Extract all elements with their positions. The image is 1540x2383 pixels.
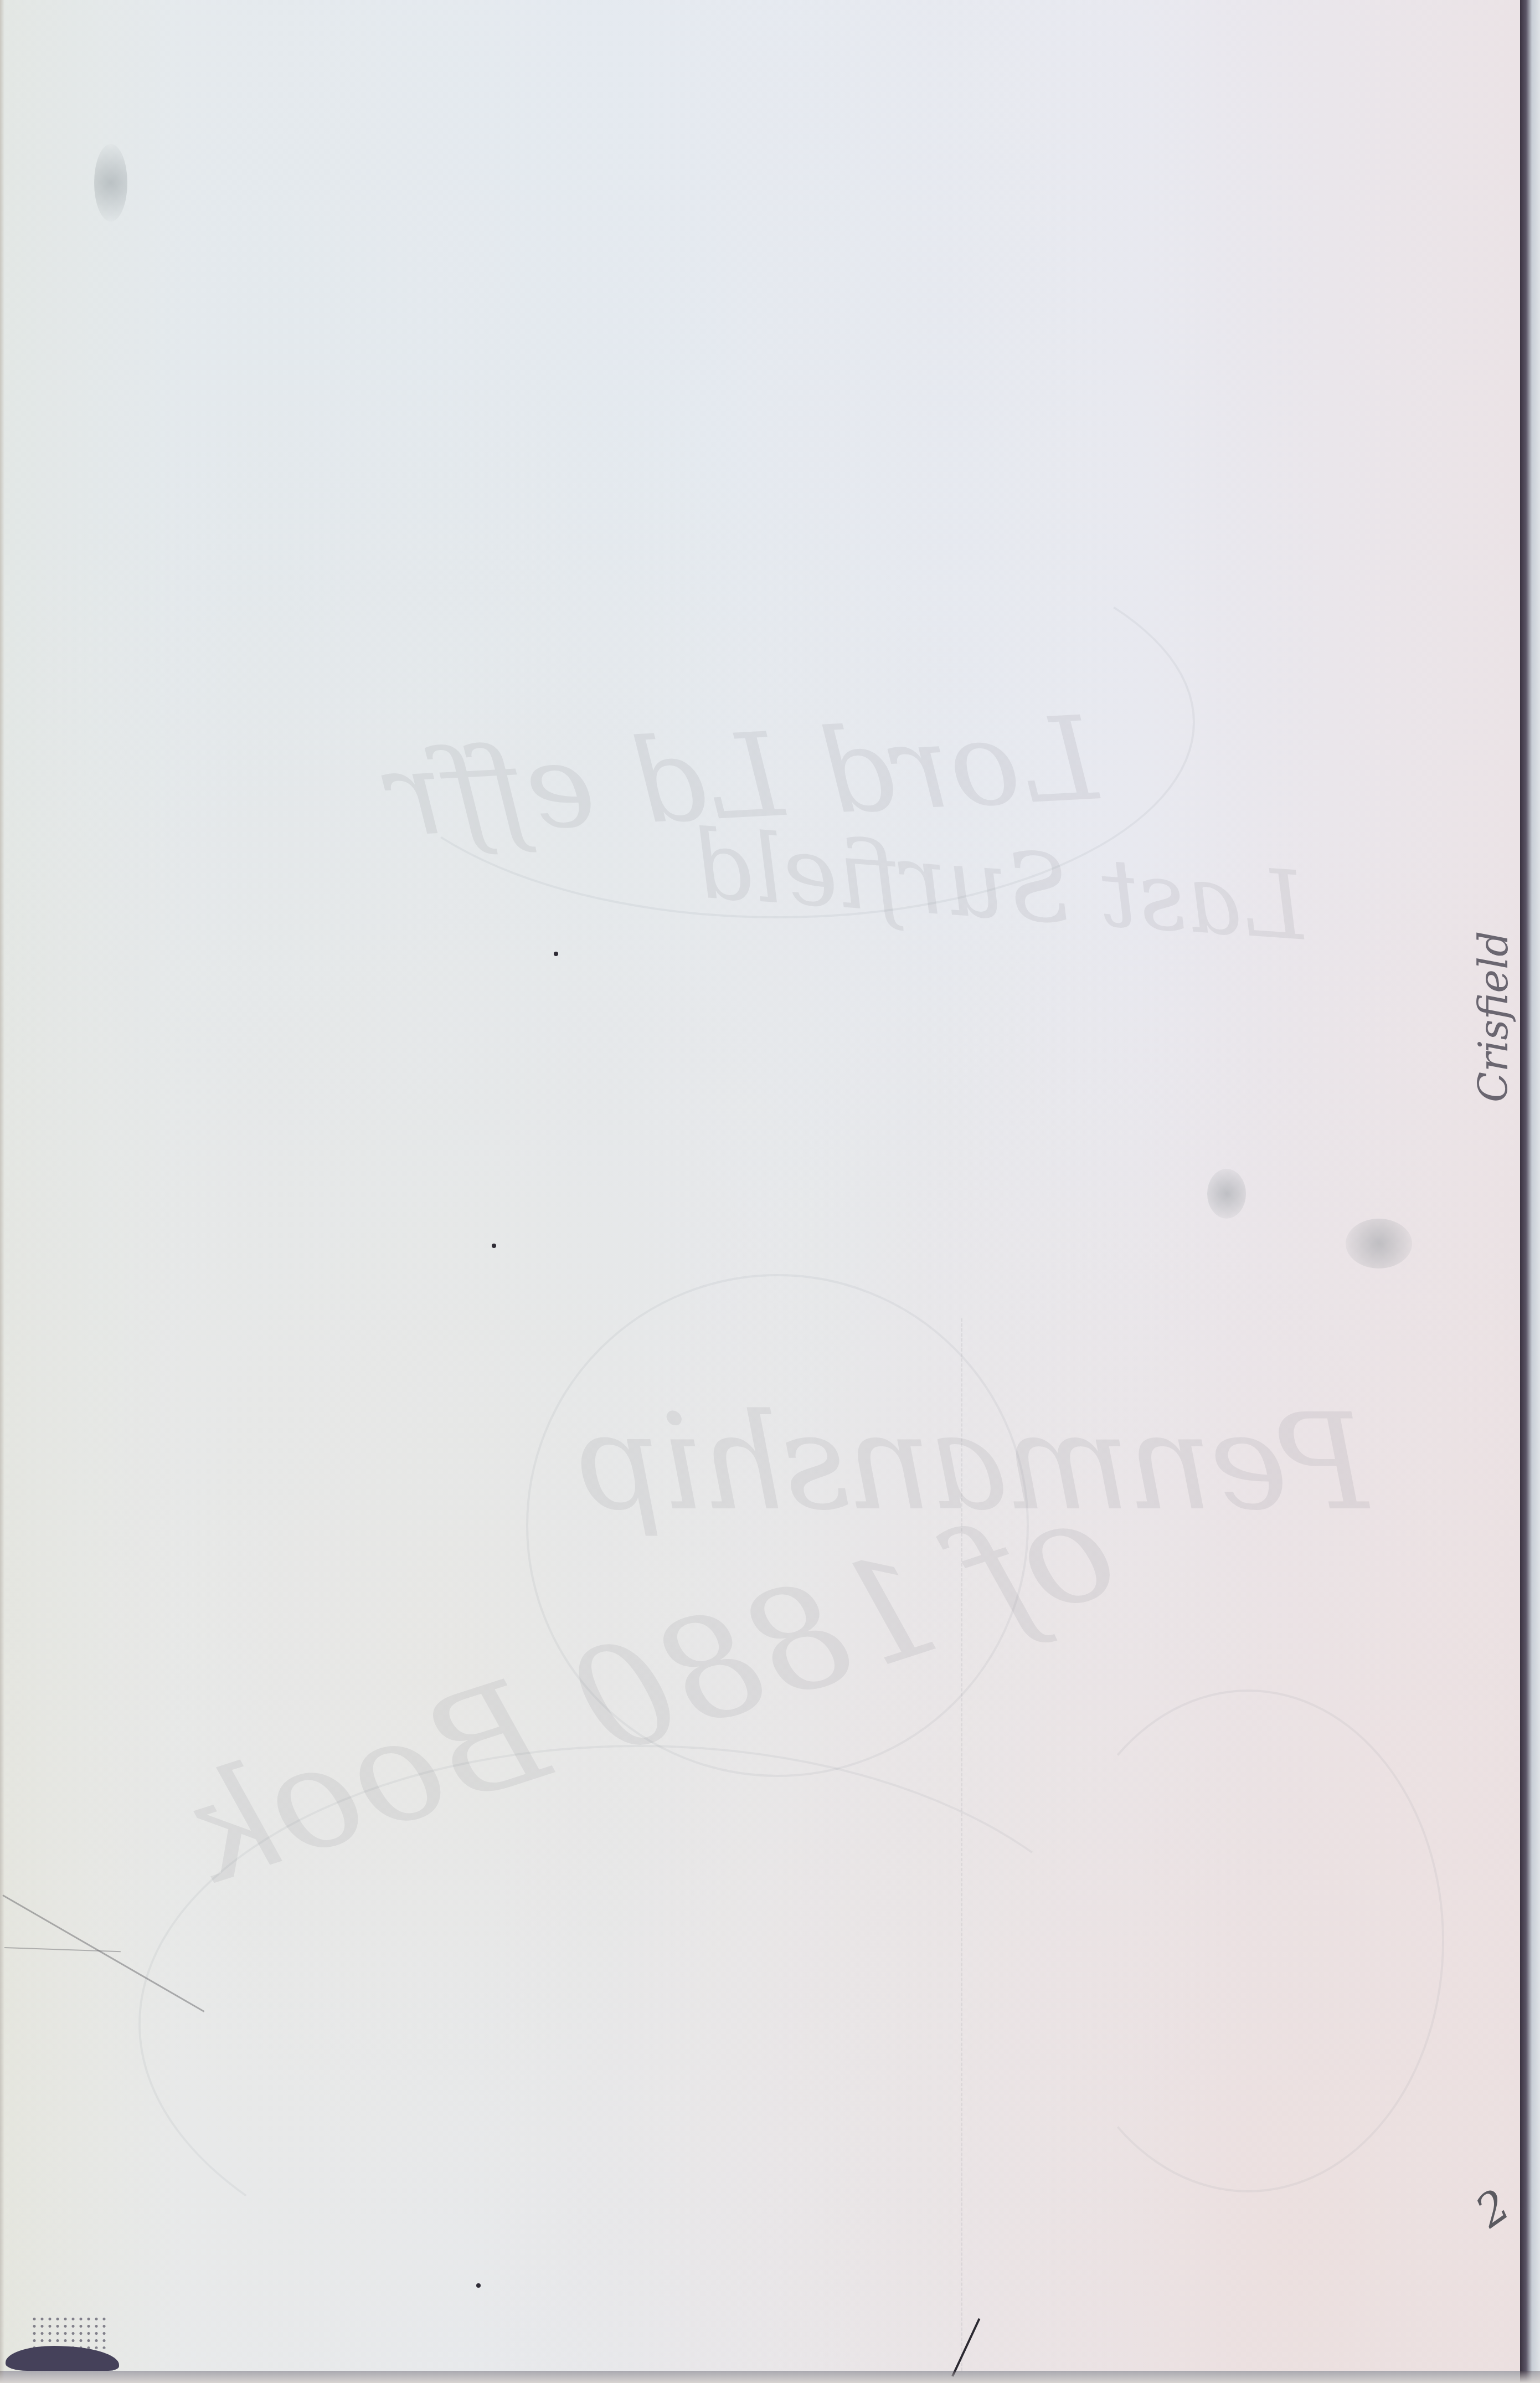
smudge-mark: [1346, 1219, 1412, 1268]
speck: [492, 1244, 496, 1248]
page-number: 2: [1466, 2179, 1519, 2237]
document-page: Lord Ld effr Last Surfield Penmanship of…: [0, 0, 1520, 2371]
bleed-through-flourish-oval: [526, 1274, 1029, 1777]
bleed-through-flourish-lower-right: [1052, 1689, 1444, 2192]
speck: [554, 952, 558, 956]
page-left-edge: [0, 0, 4, 2383]
bleed-through-flourish-upper: [360, 526, 1195, 918]
speck: [476, 2283, 481, 2288]
fold-line: [961, 1318, 962, 2371]
smudge-mark: [94, 144, 127, 222]
margin-annotation-text: Crisfield: [1470, 931, 1517, 1102]
page-bottom-edge: [0, 2371, 1540, 2383]
smudge-mark: [1207, 1169, 1246, 1219]
ink-blot: [6, 2346, 119, 2371]
page-right-edge: [1520, 0, 1540, 2383]
ink-spatter: [30, 2315, 108, 2349]
bleed-through-flourish-lower-left: [138, 1745, 1140, 2303]
tear: [951, 2318, 980, 2377]
crease: [4, 1947, 121, 1952]
